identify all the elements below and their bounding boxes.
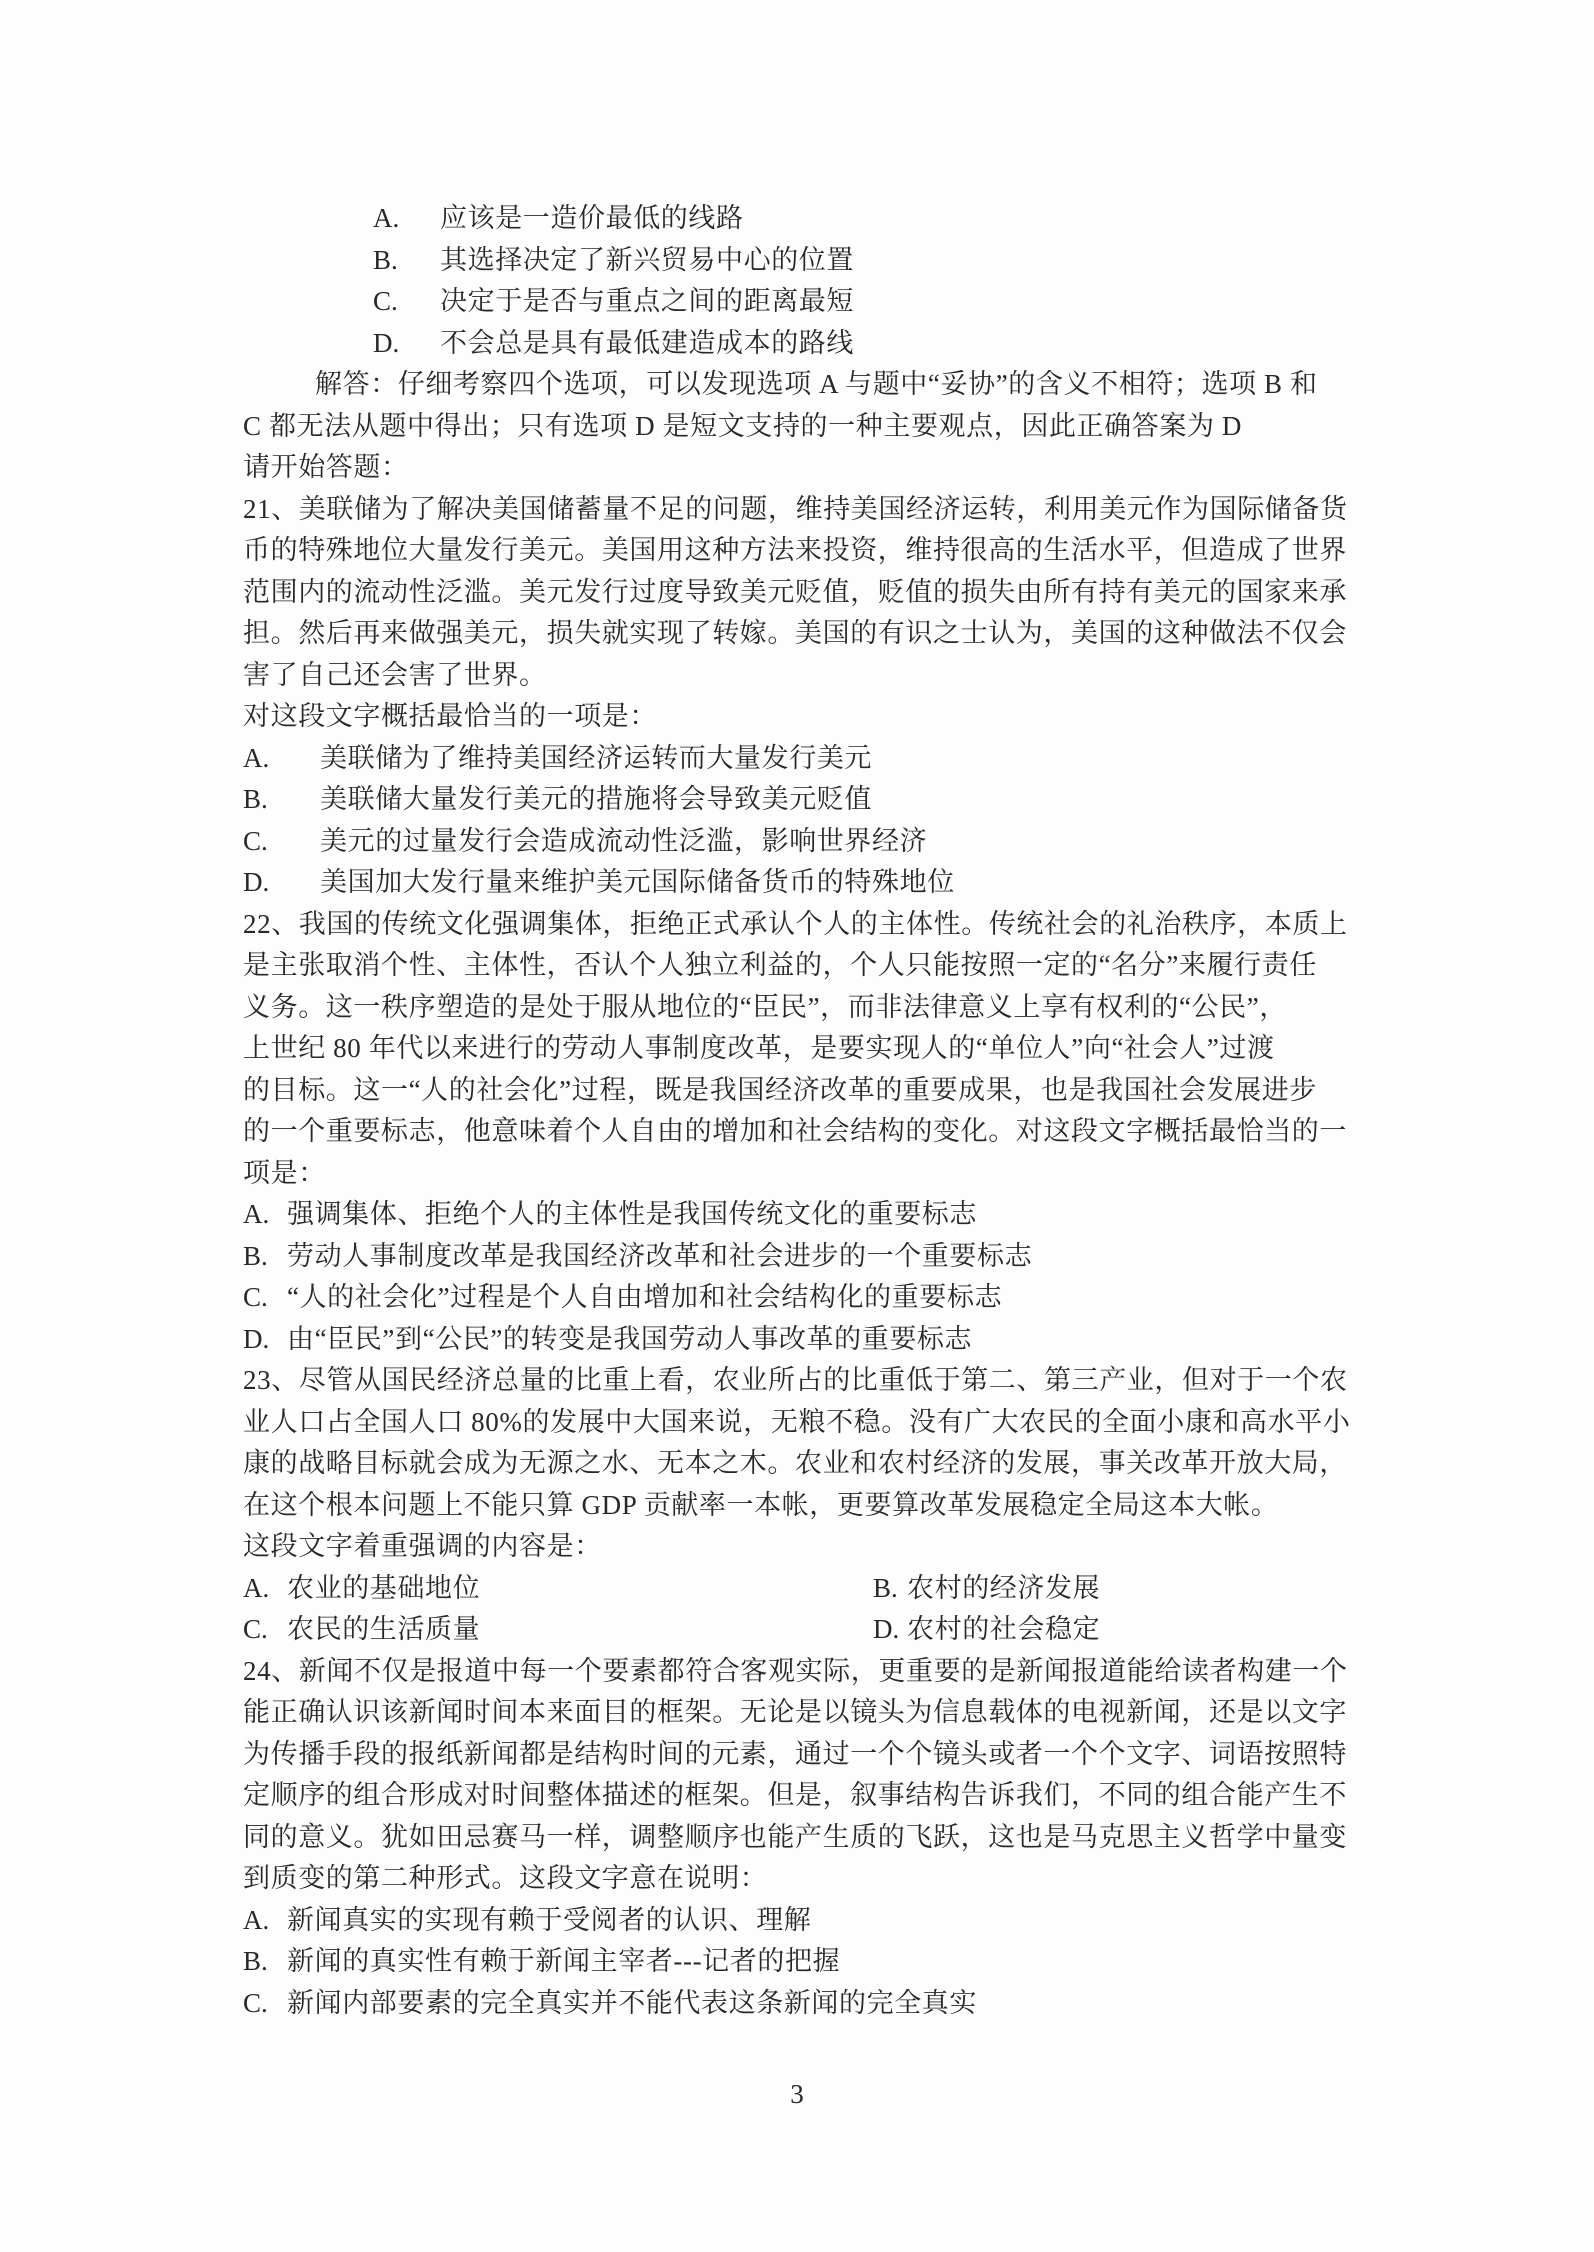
option-text: 其选择决定了新兴贸易中心的位置 (440, 245, 854, 275)
body-line: 到质变的第二种形式。这段文字意在说明： (243, 1858, 1365, 1900)
option-text: 美国加大发行量来维护美元国际储备货币的特殊地位 (320, 867, 955, 897)
option-line: B.劳动人事制度改革是我国经济改革和社会进步的一个重要标志 (243, 1236, 1365, 1278)
option-cell: A.农业的基础地位 (243, 1568, 873, 1610)
option-line: D.美国加大发行量来维护美元国际储备货币的特殊地位 (243, 862, 1365, 904)
body-line: 定顺序的组合形成对时间整体描述的框架。但是，叙事结构告诉我们，不同的组合能产生不 (243, 1775, 1365, 1817)
option-line: D.不会总是具有最低建造成本的路线 (373, 323, 1365, 365)
answer-explanation: 解答：仔细考察四个选项，可以发现选项 A 与题中“妥协”的含义不相符；选项 B … (243, 364, 1365, 447)
option-line: A.新闻真实的实现有赖于受阅者的认识、理解 (243, 1900, 1365, 1942)
option-letter: C. (373, 281, 440, 323)
option-text: 农业的基础地位 (287, 1573, 480, 1603)
body-line: 义务。这一秩序塑造的是处于服从地位的“臣民”，而非法律意义上享有权利的“公民”， (243, 987, 1365, 1029)
option-text: 农民的生活质量 (287, 1614, 480, 1644)
option-text: 不会总是具有最低建造成本的路线 (440, 328, 854, 358)
body-line: 担。然后再来做强美元，损失就实现了转嫁。美国的有识之士认为，美国的这种做法不仅会 (243, 613, 1365, 655)
page-number: 3 (0, 2074, 1594, 2116)
option-line: A.美联储为了维持美国经济运转而大量发行美元 (243, 738, 1365, 780)
option-text: 美联储大量发行美元的措施将会导致美元贬值 (320, 784, 872, 814)
option-line: C.美元的过量发行会造成流动性泛滥，影响世界经济 (243, 821, 1365, 863)
option-letter: D. (373, 323, 440, 365)
body-line: 同的意义。犹如田忌赛马一样，调整顺序也能产生质的飞跃，这也是马克思主义哲学中量变 (243, 1817, 1365, 1859)
option-letter: B. (873, 1568, 907, 1610)
option-letter: B. (373, 240, 440, 282)
body-line: 业人口占全国人口 80%的发展中大国来说，无粮不稳。没有广大农民的全面小康和高水… (243, 1402, 1365, 1444)
question-stem: 对这段文字概括最恰当的一项是： (243, 696, 1365, 738)
begin-prompt: 请开始答题： (243, 447, 1365, 489)
option-letter: D. (873, 1609, 907, 1651)
option-line: A.应该是一造价最低的线路 (373, 198, 1365, 240)
option-row: A.农业的基础地位 B.农村的经济发展 (243, 1568, 1365, 1610)
body-line: 范围内的流动性泛滥。美元发行过度导致美元贬值，贬值的损失由所有持有美元的国家来承 (243, 572, 1365, 614)
body-line: 23、尽管从国民经济总量的比重上看，农业所占的比重低于第二、第三产业，但对于一个… (243, 1360, 1365, 1402)
option-text: 决定于是否与重点之间的距离最短 (440, 286, 854, 316)
option-letter: C. (243, 1609, 287, 1651)
option-text: “人的社会化”过程是个人自由增加和社会结构化的重要标志 (287, 1282, 1002, 1312)
body-line: 为传播手段的报纸新闻都是结构时间的元素，通过一个个镜头或者一个个文字、词语按照特 (243, 1734, 1365, 1776)
option-letter: C. (243, 1277, 287, 1319)
option-letter: B. (243, 779, 320, 821)
option-text: 强调集体、拒绝个人的主体性是我国传统文化的重要标志 (287, 1199, 977, 1229)
explanation-line: C 都无法从题中得出；只有选项 D 是短文支持的一种主要观点，因此正确答案为 D (243, 406, 1365, 448)
body-line: 上世纪 80 年代以来进行的劳动人事制度改革，是要实现人的“单位人”向“社会人”… (243, 1028, 1365, 1070)
question-24: 24、新闻不仅是报道中每一个要素都符合客观实际，更重要的是新闻报道能给读者构建一… (243, 1651, 1365, 2025)
option-text: 美元的过量发行会造成流动性泛滥，影响世界经济 (320, 826, 927, 856)
option-letter: C. (243, 1983, 287, 2025)
option-line: A.强调集体、拒绝个人的主体性是我国传统文化的重要标志 (243, 1194, 1365, 1236)
body-line: 是主张取消个性、主体性，否认个人独立利益的，个人只能按照一定的“名分”来履行责任 (243, 945, 1365, 987)
option-text: 应该是一造价最低的线路 (440, 203, 744, 233)
body-line: 币的特殊地位大量发行美元。美国用这种方法来投资，维持很高的生活水平，但造成了世界 (243, 530, 1365, 572)
body-line: 害了自己还会害了世界。 (243, 655, 1365, 697)
question-22: 22、我国的传统文化强调集体，拒绝正式承认个人的主体性。传统社会的礼治秩序，本质… (243, 904, 1365, 1361)
option-letter: A. (243, 1194, 287, 1236)
question-21: 21、美联储为了解决美国储蓄量不足的问题，维持美国经济运转，利用美元作为国际储备… (243, 489, 1365, 904)
option-text: 劳动人事制度改革是我国经济改革和社会进步的一个重要标志 (287, 1241, 1032, 1271)
option-line: C.新闻内部要素的完全真实并不能代表这条新闻的完全真实 (243, 1983, 1365, 2025)
option-letter: A. (243, 1900, 287, 1942)
body-line: 的一个重要标志，他意味着个人自由的增加和社会结构的变化。对这段文字概括最恰当的一 (243, 1111, 1365, 1153)
option-letter: D. (243, 1319, 287, 1361)
option-letter: A. (243, 738, 320, 780)
exam-document-page: A.应该是一造价最低的线路 B.其选择决定了新兴贸易中心的位置 C.决定于是否与… (0, 0, 1594, 2252)
option-text: 新闻内部要素的完全真实并不能代表这条新闻的完全真实 (287, 1988, 977, 2018)
option-cell: B.农村的经济发展 (873, 1568, 1100, 1610)
question-23: 23、尽管从国民经济总量的比重上看，农业所占的比重低于第二、第三产业，但对于一个… (243, 1360, 1365, 1651)
intro-option-list: A.应该是一造价最低的线路 B.其选择决定了新兴贸易中心的位置 C.决定于是否与… (243, 198, 1365, 364)
option-line: B.新闻的真实性有赖于新闻主宰者---记者的把握 (243, 1941, 1365, 1983)
body-line: 能正确认识该新闻时间本来面目的框架。无论是以镜头为信息载体的电视新闻，还是以文字 (243, 1692, 1365, 1734)
option-text: 农村的经济发展 (907, 1573, 1100, 1603)
body-line: 24、新闻不仅是报道中每一个要素都符合客观实际，更重要的是新闻报道能给读者构建一… (243, 1651, 1365, 1693)
option-line: D.由“臣民”到“公民”的转变是我国劳动人事改革的重要标志 (243, 1319, 1365, 1361)
option-cell: D.农村的社会稳定 (873, 1609, 1100, 1651)
option-cell: C.农民的生活质量 (243, 1609, 873, 1651)
option-line: C.决定于是否与重点之间的距离最短 (373, 281, 1365, 323)
option-letter: A. (373, 198, 440, 240)
option-letter: A. (243, 1568, 287, 1610)
question-stem: 这段文字着重强调的内容是： (243, 1526, 1365, 1568)
option-row: C.农民的生活质量 D.农村的社会稳定 (243, 1609, 1365, 1651)
option-text: 农村的社会稳定 (907, 1614, 1100, 1644)
option-line: B.美联储大量发行美元的措施将会导致美元贬值 (243, 779, 1365, 821)
option-letter: C. (243, 821, 320, 863)
option-text: 新闻真实的实现有赖于受阅者的认识、理解 (287, 1905, 811, 1935)
body-line: 的目标。这一“人的社会化”过程，既是我国经济改革的重要成果，也是我国社会发展进步 (243, 1070, 1365, 1112)
option-letter: D. (243, 862, 320, 904)
body-line: 21、美联储为了解决美国储蓄量不足的问题，维持美国经济运转，利用美元作为国际储备… (243, 489, 1365, 531)
option-letter: B. (243, 1941, 287, 1983)
body-line: 项是： (243, 1153, 1365, 1195)
option-line: C.“人的社会化”过程是个人自由增加和社会结构化的重要标志 (243, 1277, 1365, 1319)
option-text: 美联储为了维持美国经济运转而大量发行美元 (320, 743, 872, 773)
option-letter: B. (243, 1236, 287, 1278)
option-text: 由“臣民”到“公民”的转变是我国劳动人事改革的重要标志 (287, 1324, 972, 1354)
body-line: 康的战略目标就会成为无源之水、无本之木。农业和农村经济的发展，事关改革开放大局， (243, 1443, 1365, 1485)
option-line: B.其选择决定了新兴贸易中心的位置 (373, 240, 1365, 282)
body-line: 在这个根本问题上不能只算 GDP 贡献率一本帐，更要算改革发展稳定全局这本大帐。 (243, 1485, 1365, 1527)
option-text: 新闻的真实性有赖于新闻主宰者---记者的把握 (287, 1946, 840, 1976)
body-line: 22、我国的传统文化强调集体，拒绝正式承认个人的主体性。传统社会的礼治秩序，本质… (243, 904, 1365, 946)
explanation-line: 解答：仔细考察四个选项，可以发现选项 A 与题中“妥协”的含义不相符；选项 B … (243, 364, 1365, 406)
page-content: A.应该是一造价最低的线路 B.其选择决定了新兴贸易中心的位置 C.决定于是否与… (243, 198, 1365, 2024)
